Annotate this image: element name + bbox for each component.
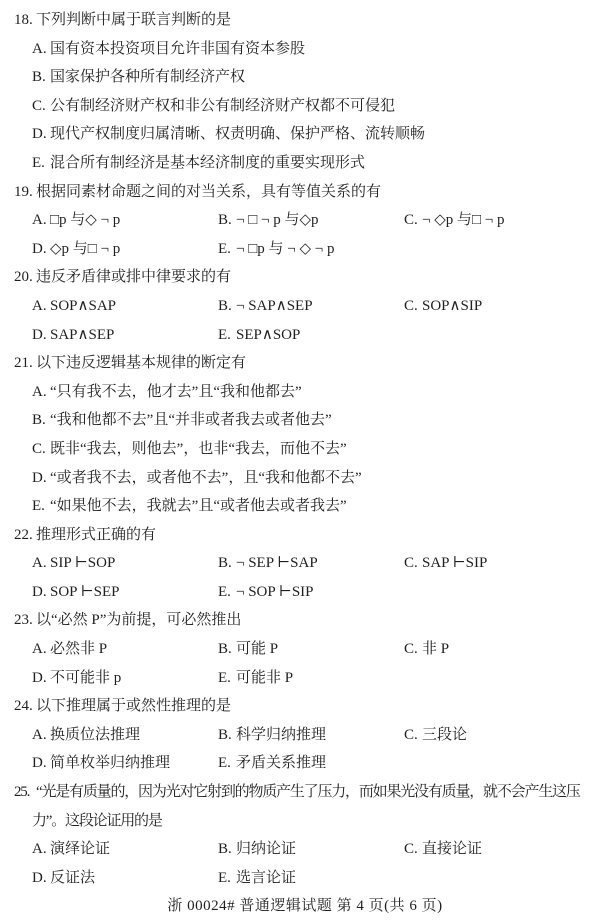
option-text: SOP∧SIP — [422, 298, 482, 314]
option-row-abc: A.换质位法推理B.科学归纳推理C.三段论 — [32, 721, 598, 750]
option-text: 科学归纳推理 — [236, 727, 326, 743]
option-25-C: C.直接论证 — [404, 835, 598, 864]
option-label: A. — [32, 378, 50, 407]
option-text: SIP ⊢SOP — [50, 555, 115, 571]
option-22-B: B.¬ SEP ⊢SAP — [218, 549, 404, 578]
option-text: 直接论证 — [422, 841, 482, 857]
question-number: 18. — [14, 6, 36, 35]
option-23-D: D.不可能非 p — [32, 664, 218, 693]
option-20-A: A.SOP∧SAP — [32, 292, 218, 321]
option-text: 现代产权制度归属清晰、权责明确、保护严格、流转顺畅 — [50, 126, 425, 142]
option-text: ¬ □p 与 ¬ ◇ ¬ p — [236, 241, 334, 257]
option-label: D. — [32, 664, 50, 693]
question-stem: 21.以下违反逻辑基本规律的断定有 — [32, 349, 598, 378]
option-text: 换质位法推理 — [50, 727, 140, 743]
option-row-de: D.简单枚举归纳推理E.矛盾关系推理 — [32, 749, 598, 778]
question-number: 20. — [14, 263, 36, 292]
option-text: ¬ SEP ⊢SAP — [236, 555, 318, 571]
option-21-E: E.“如果他不去，我就去”且“或者他去或者我去” — [32, 492, 598, 521]
option-text: 选言论证 — [236, 870, 296, 886]
question-number: 21. — [14, 349, 36, 378]
option-row-abc: A.SIP ⊢SOPB.¬ SEP ⊢SAPC.SAP ⊢SIP — [32, 549, 598, 578]
question-stem: 24.以下推理属于或然性推理的是 — [32, 692, 598, 721]
option-text: 可能非 P — [236, 670, 293, 686]
question-19: 19.根据同素材命题之间的对当关系，具有等值关系的有A.□p 与◇ ¬ pB.¬… — [0, 178, 610, 264]
exam-page: 18.下列判断中属于联言判断的是A.国有资本投资项目允许非国有资本参股B.国家保… — [0, 0, 610, 922]
option-label: C. — [404, 549, 422, 578]
option-label: A. — [32, 721, 50, 750]
option-label: C. — [404, 721, 422, 750]
option-24-B: B.科学归纳推理 — [218, 721, 404, 750]
option-20-D: D.SAP∧SEP — [32, 321, 218, 350]
option-label: E. — [32, 149, 50, 178]
option-text: ◇p 与□ ¬ p — [50, 241, 120, 257]
option-text: 简单枚举归纳推理 — [50, 755, 170, 771]
option-23-E: E.可能非 P — [218, 664, 404, 693]
option-label: D. — [32, 864, 50, 893]
option-label: C. — [404, 635, 422, 664]
option-label: C. — [32, 435, 50, 464]
option-18-A: A.国有资本投资项目允许非国有资本参股 — [32, 35, 598, 64]
option-text: 非 P — [422, 641, 449, 657]
option-23-B: B.可能 P — [218, 635, 404, 664]
question-18: 18.下列判断中属于联言判断的是A.国有资本投资项目允许非国有资本参股B.国家保… — [0, 6, 610, 178]
question-stem: 23.以“必然 P”为前提，可必然推出 — [32, 606, 598, 635]
option-label: D. — [32, 578, 50, 607]
option-label: D. — [32, 321, 50, 350]
option-text: 反证法 — [50, 870, 95, 886]
option-label: B. — [218, 721, 236, 750]
option-label: B. — [218, 635, 236, 664]
option-text: ¬ SOP ⊢SIP — [236, 584, 314, 600]
option-19-C: C.¬ ◇p 与□ ¬ p — [404, 206, 598, 235]
option-text: 国家保护各种所有制经济产权 — [50, 69, 245, 85]
questions: 18.下列判断中属于联言判断的是A.国有资本投资项目允许非国有资本参股B.国家保… — [0, 6, 610, 892]
option-label: C. — [404, 835, 422, 864]
option-20-C: C.SOP∧SIP — [404, 292, 598, 321]
option-row-de: D.SOP ⊢SEPE.¬ SOP ⊢SIP — [32, 578, 598, 607]
option-19-A: A.□p 与◇ ¬ p — [32, 206, 218, 235]
option-label: D. — [32, 749, 50, 778]
option-label: C. — [404, 206, 422, 235]
question-number: 24. — [14, 692, 36, 721]
question-number: 25. — [14, 778, 36, 807]
option-18-D: D.现代产权制度归属清晰、权责明确、保护严格、流转顺畅 — [32, 120, 598, 149]
option-label: A. — [32, 206, 50, 235]
question-stem-text: 推理形式正确的有 — [36, 527, 156, 543]
option-label: E. — [218, 321, 236, 350]
option-19-B: B.¬ □ ¬ p 与◇p — [218, 206, 404, 235]
question-25: 25.“光是有质量的，因为光对它射到的物质产生了压力，而如果光没有质量，就不会产… — [0, 778, 610, 892]
option-label: C. — [32, 92, 50, 121]
option-label: C. — [404, 292, 422, 321]
option-18-E: E.混合所有制经济是基本经济制度的重要实现形式 — [32, 149, 598, 178]
option-row-de: D.不可能非 pE.可能非 P — [32, 664, 598, 693]
question-24: 24.以下推理属于或然性推理的是A.换质位法推理B.科学归纳推理C.三段论D.简… — [0, 692, 610, 778]
page-footer: 浙 00024# 普通逻辑试题 第 4 页(共 6 页) — [0, 892, 610, 921]
option-22-C: C.SAP ⊢SIP — [404, 549, 598, 578]
option-row-de: D.◇p 与□ ¬ pE.¬ □p 与 ¬ ◇ ¬ p — [32, 235, 598, 264]
option-label: B. — [218, 549, 236, 578]
option-label: E. — [218, 749, 236, 778]
question-stem: 18.下列判断中属于联言判断的是 — [32, 6, 598, 35]
question-number: 23. — [14, 606, 36, 635]
option-label: E. — [218, 664, 236, 693]
question-21: 21.以下违反逻辑基本规律的断定有A.“只有我不去，他才去”且“我和他都去”B.… — [0, 349, 610, 521]
option-20-B: B.¬ SAP∧SEP — [218, 292, 404, 321]
question-stem: 25.“光是有质量的，因为光对它射到的物质产生了压力，而如果光没有质量，就不会产… — [32, 778, 604, 835]
option-row-de: D.SAP∧SEPE.SEP∧SOP — [32, 321, 598, 350]
option-25-A: A.演绎论证 — [32, 835, 218, 864]
option-label: A. — [32, 35, 50, 64]
option-text: SOP∧SAP — [50, 298, 116, 314]
option-text: 矛盾关系推理 — [236, 755, 326, 771]
option-label: A. — [32, 549, 50, 578]
option-25-B: B.归纳论证 — [218, 835, 404, 864]
option-19-E: E.¬ □p 与 ¬ ◇ ¬ p — [218, 235, 404, 264]
question-22: 22.推理形式正确的有A.SIP ⊢SOPB.¬ SEP ⊢SAPC.SAP ⊢… — [0, 521, 610, 607]
option-text: SAP∧SEP — [50, 327, 114, 343]
option-label: B. — [32, 406, 50, 435]
question-23: 23.以“必然 P”为前提，可必然推出A.必然非 PB.可能 PC.非 PD.不… — [0, 606, 610, 692]
question-stem-text: “光是有质量的，因为光对它射到的物质产生了压力，而如果光没有质量，就不会产生这压… — [32, 784, 580, 829]
option-24-E: E.矛盾关系推理 — [218, 749, 404, 778]
question-stem-text: 根据同素材命题之间的对当关系，具有等值关系的有 — [36, 184, 381, 200]
option-text: ¬ ◇p 与□ ¬ p — [422, 212, 505, 228]
option-row-abc: A.必然非 PB.可能 PC.非 P — [32, 635, 598, 664]
question-number: 19. — [14, 178, 36, 207]
option-text: 国有资本投资项目允许非国有资本参股 — [50, 41, 305, 57]
option-label: E. — [32, 492, 50, 521]
option-18-C: C.公有制经济财产权和非公有制经济财产权都不可侵犯 — [32, 92, 598, 121]
option-text: SOP ⊢SEP — [50, 584, 119, 600]
option-label: D. — [32, 464, 50, 493]
option-label: E. — [218, 578, 236, 607]
question-number: 22. — [14, 521, 36, 550]
question-stem-text: 以下违反逻辑基本规律的断定有 — [36, 355, 246, 371]
option-25-D: D.反证法 — [32, 864, 218, 893]
option-text: SEP∧SOP — [236, 327, 300, 343]
option-text: 不可能非 p — [50, 670, 121, 686]
option-text: 演绎论证 — [50, 841, 110, 857]
option-label: B. — [218, 292, 236, 321]
option-label: D. — [32, 120, 50, 149]
question-stem-text: 下列判断中属于联言判断的是 — [36, 12, 231, 28]
question-stem: 22.推理形式正确的有 — [32, 521, 598, 550]
option-22-E: E.¬ SOP ⊢SIP — [218, 578, 404, 607]
option-21-D: D.“或者我不去，或者他不去”，且“我和他都不去” — [32, 464, 598, 493]
option-19-D: D.◇p 与□ ¬ p — [32, 235, 218, 264]
option-label: D. — [32, 235, 50, 264]
option-text: 必然非 P — [50, 641, 107, 657]
question-stem-text: 违反矛盾律或排中律要求的有 — [36, 269, 231, 285]
option-row-abc: A.□p 与◇ ¬ pB.¬ □ ¬ p 与◇pC.¬ ◇p 与□ ¬ p — [32, 206, 598, 235]
option-24-A: A.换质位法推理 — [32, 721, 218, 750]
option-20-E: E.SEP∧SOP — [218, 321, 404, 350]
option-text: “只有我不去，他才去”且“我和他都去” — [50, 384, 302, 400]
option-label: E. — [218, 864, 236, 893]
option-label: B. — [32, 63, 50, 92]
option-text: 既非“我去，则他去”，也非“我去，而他不去” — [50, 441, 347, 457]
question-stem-text: 以下推理属于或然性推理的是 — [36, 698, 231, 714]
option-22-D: D.SOP ⊢SEP — [32, 578, 218, 607]
option-text: 混合所有制经济是基本经济制度的重要实现形式 — [50, 155, 365, 171]
option-label: A. — [32, 292, 50, 321]
option-21-C: C.既非“我去，则他去”，也非“我去，而他不去” — [32, 435, 598, 464]
option-21-B: B.“我和他都不去”且“并非或者我去或者他去” — [32, 406, 598, 435]
option-23-C: C.非 P — [404, 635, 598, 664]
option-24-D: D.简单枚举归纳推理 — [32, 749, 218, 778]
question-stem: 20.违反矛盾律或排中律要求的有 — [32, 263, 598, 292]
option-label: A. — [32, 635, 50, 664]
option-text: 三段论 — [422, 727, 467, 743]
option-text: ¬ □ ¬ p 与◇p — [236, 212, 319, 228]
option-label: E. — [218, 235, 236, 264]
option-row-abc: A.演绎论证B.归纳论证C.直接论证 — [32, 835, 598, 864]
option-text: □p 与◇ ¬ p — [50, 212, 120, 228]
option-24-C: C.三段论 — [404, 721, 598, 750]
option-label: A. — [32, 835, 50, 864]
question-stem: 19.根据同素材命题之间的对当关系，具有等值关系的有 — [32, 178, 598, 207]
option-label: B. — [218, 206, 236, 235]
option-row-abc: A.SOP∧SAPB.¬ SAP∧SEPC.SOP∧SIP — [32, 292, 598, 321]
option-text: “或者我不去，或者他不去”，且“我和他都不去” — [50, 470, 362, 486]
option-text: 归纳论证 — [236, 841, 296, 857]
option-label: B. — [218, 835, 236, 864]
question-20: 20.违反矛盾律或排中律要求的有A.SOP∧SAPB.¬ SAP∧SEPC.SO… — [0, 263, 610, 349]
option-text: 可能 P — [236, 641, 278, 657]
option-text: ¬ SAP∧SEP — [236, 298, 313, 314]
option-23-A: A.必然非 P — [32, 635, 218, 664]
option-text: “我和他都不去”且“并非或者我去或者他去” — [50, 412, 332, 428]
option-row-de: D.反证法E.选言论证 — [32, 864, 598, 893]
option-text: SAP ⊢SIP — [422, 555, 487, 571]
option-22-A: A.SIP ⊢SOP — [32, 549, 218, 578]
option-text: “如果他不去，我就去”且“或者他去或者我去” — [50, 498, 347, 514]
option-text: 公有制经济财产权和非公有制经济财产权都不可侵犯 — [50, 98, 395, 114]
option-18-B: B.国家保护各种所有制经济产权 — [32, 63, 598, 92]
question-stem-text: 以“必然 P”为前提，可必然推出 — [36, 612, 241, 628]
option-21-A: A.“只有我不去，他才去”且“我和他都去” — [32, 378, 598, 407]
option-25-E: E.选言论证 — [218, 864, 404, 893]
